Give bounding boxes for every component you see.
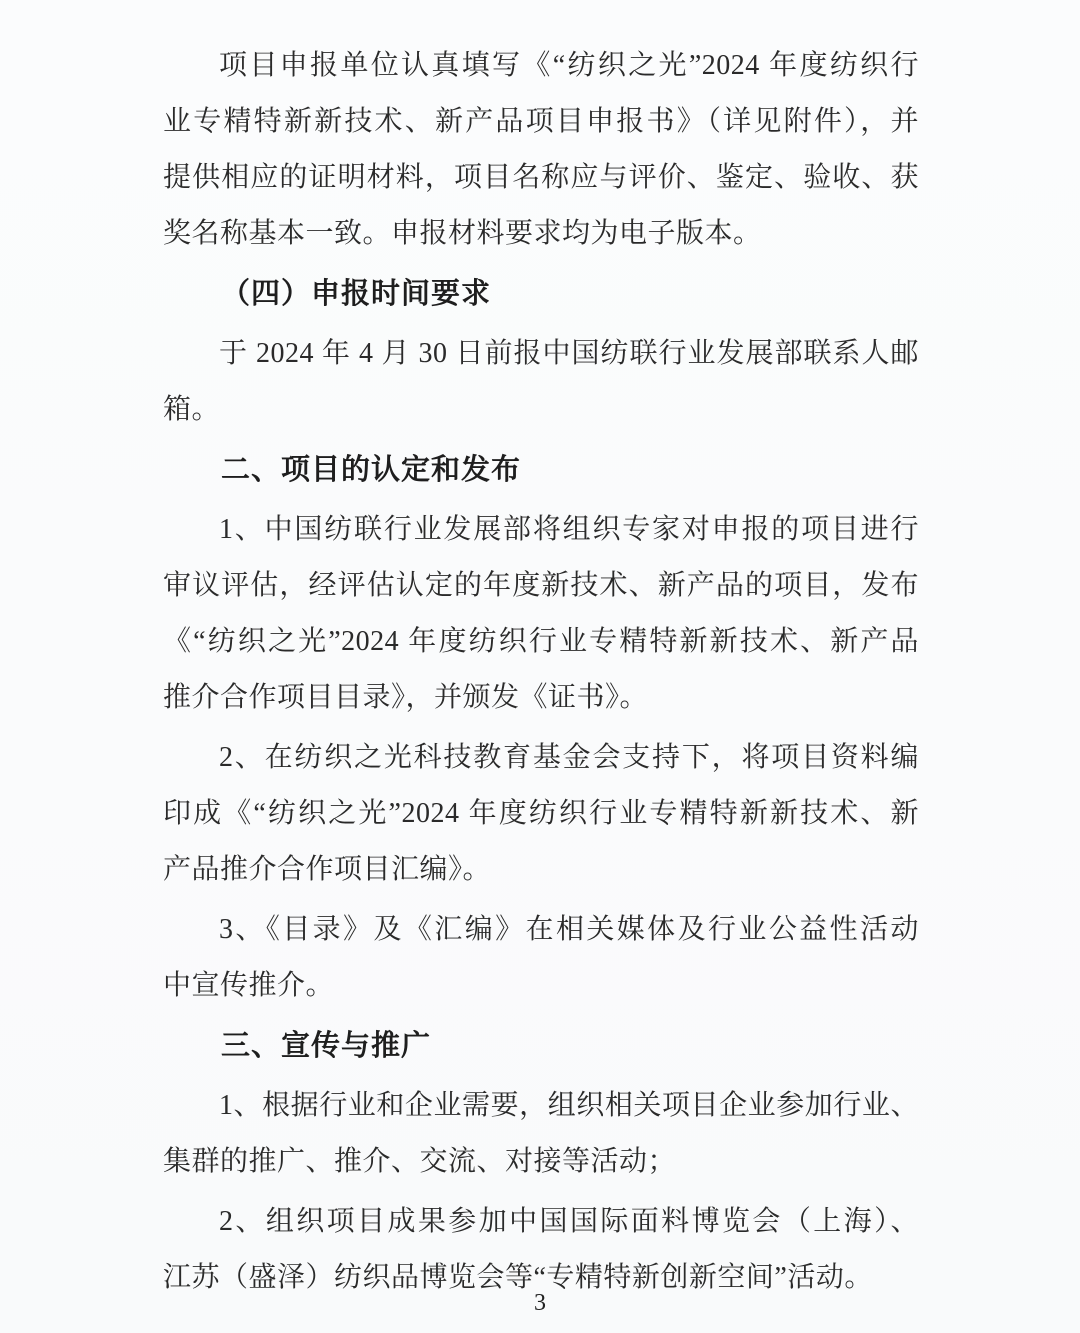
page-footer: 3 bbox=[0, 1288, 1080, 1318]
text-line: （四）申报时间要求 bbox=[163, 266, 919, 322]
text-line: 印成《“纺织之光”2024 年度纺织行业专精特新新技术、新 bbox=[163, 786, 919, 842]
text-line: 2、组织项目成果参加中国国际面料博览会（上海）、 bbox=[163, 1194, 919, 1250]
text-line: 业专精特新新技术、新产品项目申报书》（详见附件），并 bbox=[163, 94, 919, 150]
section-heading: 三、宣传与推广 bbox=[163, 1018, 919, 1074]
text-line: 集群的推广、推介、交流、对接等活动； bbox=[163, 1134, 919, 1190]
text-line: 3、《目录》及《汇编》在相关媒体及行业公益性活动 bbox=[163, 902, 919, 958]
text-line: 中宣传推介。 bbox=[163, 958, 919, 1014]
text-line: 提供相应的证明材料，项目名称应与评价、鉴定、验收、获 bbox=[163, 150, 919, 206]
text-line: 三、宣传与推广 bbox=[163, 1018, 919, 1074]
text-line: 1、根据行业和企业需要，组织相关项目企业参加行业、 bbox=[163, 1078, 919, 1134]
body-paragraph: 3、《目录》及《汇编》在相关媒体及行业公益性活动中宣传推介。 bbox=[163, 902, 919, 1014]
text-line: 1、中国纺联行业发展部将组织专家对申报的项目进行 bbox=[163, 502, 919, 558]
document-page: 项目申报单位认真填写《“纺织之光”2024 年度纺织行业专精特新新技术、新产品项… bbox=[0, 0, 1080, 1333]
text-line: 于 2024 年 4 月 30 日前报中国纺联行业发展部联系人邮 bbox=[163, 326, 919, 382]
text-line: 二、项目的认定和发布 bbox=[163, 442, 919, 498]
text-line: 推介合作项目目录》，并颁发《证书》。 bbox=[163, 670, 919, 726]
body-paragraph: 1、中国纺联行业发展部将组织专家对申报的项目进行审议评估，经评估认定的年度新技术… bbox=[163, 502, 919, 726]
text-line: 项目申报单位认真填写《“纺织之光”2024 年度纺织行 bbox=[163, 38, 919, 94]
section-heading: （四）申报时间要求 bbox=[163, 266, 919, 322]
document-body: 项目申报单位认真填写《“纺织之光”2024 年度纺织行业专精特新新技术、新产品项… bbox=[163, 38, 919, 1306]
text-line: 奖名称基本一致。申报材料要求均为电子版本。 bbox=[163, 206, 919, 262]
text-line: 产品推介合作项目汇编》。 bbox=[163, 842, 919, 898]
body-paragraph: 2、在纺织之光科技教育基金会支持下，将项目资料编印成《“纺织之光”2024 年度… bbox=[163, 730, 919, 898]
body-paragraph: 于 2024 年 4 月 30 日前报中国纺联行业发展部联系人邮箱。 bbox=[163, 326, 919, 438]
page-number: 3 bbox=[534, 1290, 546, 1316]
text-line: 箱。 bbox=[163, 382, 919, 438]
text-line: 《“纺织之光”2024 年度纺织行业专精特新新技术、新产品 bbox=[163, 614, 919, 670]
section-heading: 二、项目的认定和发布 bbox=[163, 442, 919, 498]
body-paragraph: 1、根据行业和企业需要，组织相关项目企业参加行业、集群的推广、推介、交流、对接等… bbox=[163, 1078, 919, 1190]
text-line: 2、在纺织之光科技教育基金会支持下，将项目资料编 bbox=[163, 730, 919, 786]
body-paragraph: 项目申报单位认真填写《“纺织之光”2024 年度纺织行业专精特新新技术、新产品项… bbox=[163, 38, 919, 262]
text-line: 审议评估，经评估认定的年度新技术、新产品的项目，发布 bbox=[163, 558, 919, 614]
